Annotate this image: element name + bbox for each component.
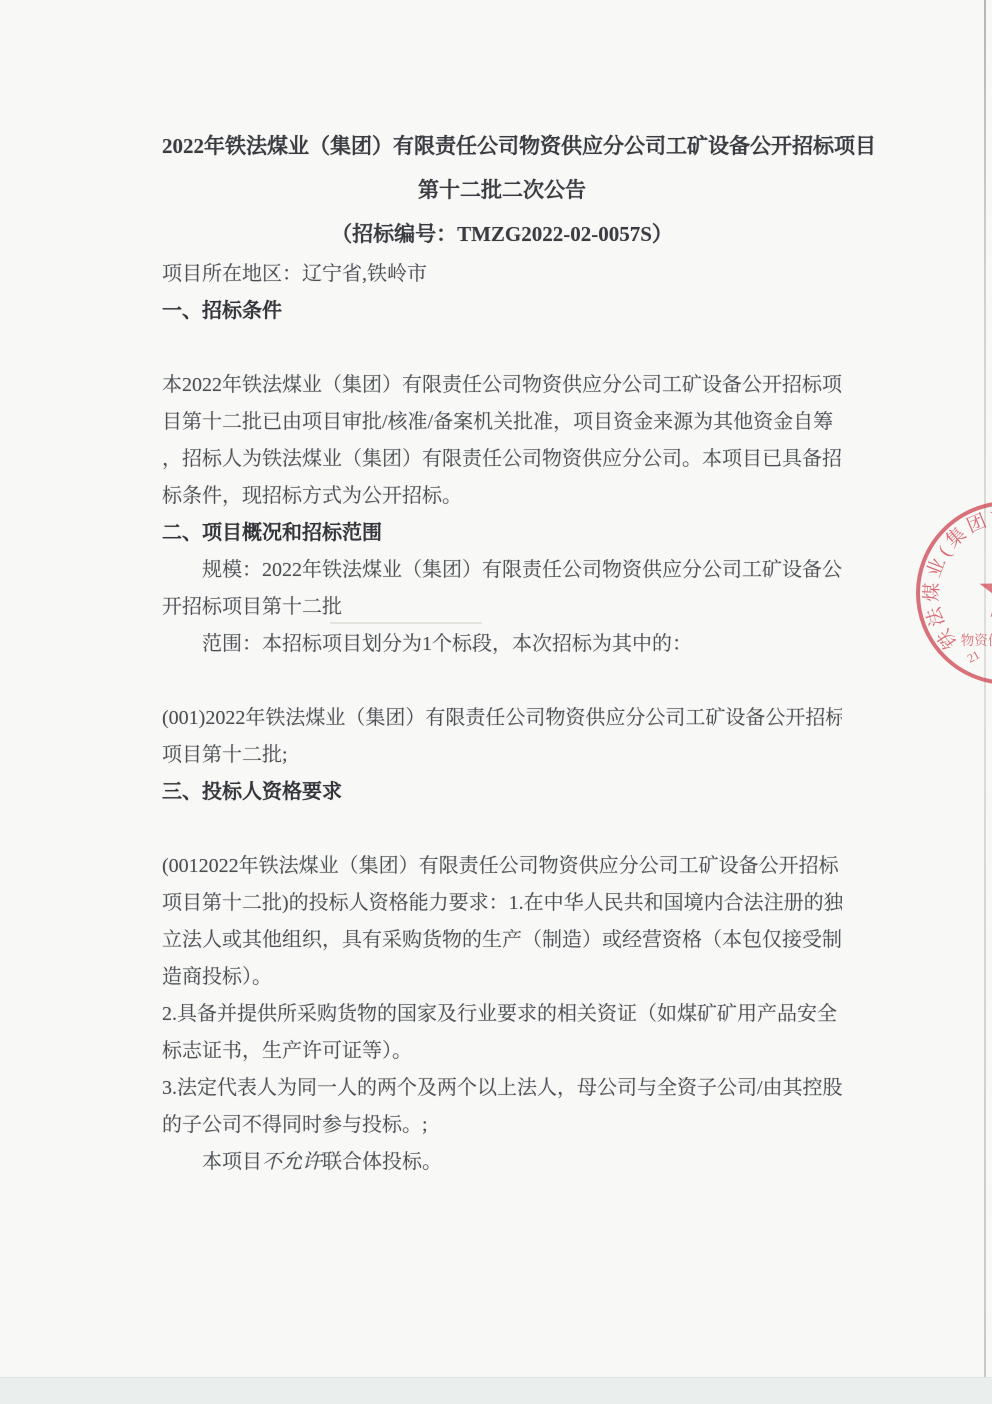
doc-line: 立法人或其他组织，具有采购货物的生产（制造）或经营资格（本包仅接受制 xyxy=(162,922,842,959)
doc-heading-line: 二、项目概况和招标范围 xyxy=(162,515,842,552)
doc-line: 本2022年铁法煤业（集团）有限责任公司物资供应分公司工矿设备公开招标项 xyxy=(162,367,842,404)
doc-line: 的子公司不得同时参与投标。; xyxy=(162,1107,842,1144)
doc-line xyxy=(162,663,842,700)
doc-heading-line: 三、投标人资格要求 xyxy=(162,774,842,811)
doc-line: 目第十二批已由项目审批/核准/备案机关批准，项目资金来源为其他资金自筹 xyxy=(162,404,842,441)
document-content: 2022年铁法煤业（集团）有限责任公司物资供应分公司工矿设备公开招标项目 第十二… xyxy=(162,124,842,1181)
company-seal: 铁法煤业(集团)有限责任公司 物资供应分公司 21 xyxy=(898,483,992,703)
document-title-line-1: 2022年铁法煤业（集团）有限责任公司物资供应分公司工矿设备公开招标项目 xyxy=(162,124,842,168)
doc-line: 标条件，现招标方式为公开招标。 xyxy=(162,478,842,515)
doc-heading-line: 一、招标条件 xyxy=(162,293,842,330)
seal-center-text: 物资供应分公司 xyxy=(961,632,992,648)
scan-bottom-band xyxy=(0,1377,992,1404)
doc-line: 规模：2022年铁法煤业（集团）有限责任公司物资供应分公司工矿设备公 xyxy=(162,552,842,589)
doc-line: 本项目不允许联合体投标。 xyxy=(162,1144,842,1181)
doc-line: 造商投标）。 xyxy=(162,959,842,996)
doc-line: ，招标人为铁法煤业（集团）有限责任公司物资供应分公司。本项目已具备招 xyxy=(162,441,842,478)
seal-star-icon xyxy=(980,563,992,617)
scanned-document-page: 2022年铁法煤业（集团）有限责任公司物资供应分公司工矿设备公开招标项目 第十二… xyxy=(0,0,992,1404)
doc-line: (0012022年铁法煤业（集团）有限责任公司物资供应分公司工矿设备公开招标 xyxy=(162,848,842,885)
doc-line: 3.法定代表人为同一人的两个及两个以上法人，母公司与全资子公司/由其控股 xyxy=(162,1070,842,1107)
doc-line: 项目第十二批)的投标人资格能力要求：1.在中华人民共和国境内合法注册的独 xyxy=(162,885,842,922)
seal-number: 21 xyxy=(965,648,982,666)
doc-line xyxy=(162,330,842,367)
doc-line: 开招标项目第十二批 xyxy=(162,589,842,626)
doc-line: (001)2022年铁法煤业（集团）有限责任公司物资供应分公司工矿设备公开招标 xyxy=(162,700,842,737)
doc-line: 2.具备并提供所采购货物的国家及行业要求的相关资证（如煤矿矿用产品安全 xyxy=(162,996,842,1033)
document-title-line-2: 第十二批二次公告 xyxy=(162,168,842,212)
doc-line: 项目第十二批; xyxy=(162,737,842,774)
tender-number: （招标编号：TMZG2022-02-0057S） xyxy=(162,212,842,256)
doc-line: 项目所在地区：辽宁省,铁岭市 xyxy=(162,256,842,293)
doc-line xyxy=(162,811,842,848)
doc-line: 标志证书，生产许可证等）。 xyxy=(162,1033,842,1070)
doc-line: 范围：本招标项目划分为1个标段，本次招标为其中的： xyxy=(162,626,842,663)
document-body: 项目所在地区：辽宁省,铁岭市一、招标条件 本2022年铁法煤业（集团）有限责任公… xyxy=(162,256,842,1181)
seal-ring-text: 铁法煤业(集团)有限责任公司 xyxy=(921,505,992,653)
